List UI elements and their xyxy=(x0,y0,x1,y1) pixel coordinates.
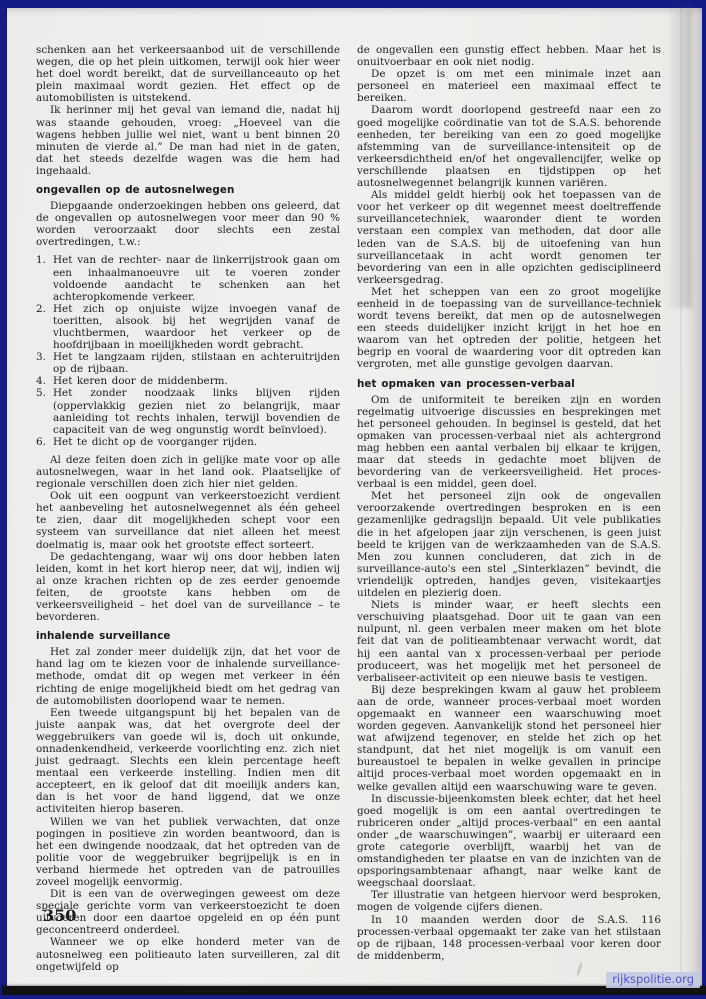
page-number: 350 xyxy=(43,906,76,925)
list-item-number: 3. xyxy=(36,351,46,363)
paragraph: Het zal zonder meer duidelijk zijn, dat … xyxy=(36,646,340,706)
paragraph: Diepgaande onderzoekingen hebben ons gel… xyxy=(36,200,340,248)
watermark-badge: rijkspolitie.org xyxy=(606,972,700,988)
list-item: 4. Het keren door de middenberm. xyxy=(36,375,340,387)
paragraph: In discussie-bijeenkomsten bleek echter,… xyxy=(357,793,661,890)
list-item: 1. Het van de rechter- naar de linkerrij… xyxy=(36,254,340,302)
list-item-number: 1. xyxy=(36,254,46,266)
section-heading-processen-verbaal: het opmaken van processen-verbaal xyxy=(357,378,661,390)
paragraph: Daarom wordt doorlopend gestreefd naar e… xyxy=(357,104,661,189)
paragraph: Niets is minder waar, er heeft slechts e… xyxy=(357,599,661,684)
paragraph: Ook uit een oogpunt van verkeerstoezicht… xyxy=(36,490,340,550)
list-item-number: 5. xyxy=(36,387,46,399)
paragraph: Met het scheppen van een zo groot mogeli… xyxy=(357,286,661,371)
left-column: schenken aan het verkeersaanbod uit de v… xyxy=(36,44,340,973)
paragraph: Bij deze besprekingen kwam al gauw het p… xyxy=(357,684,661,793)
list-item: 3. Het te langzaam rijden, stilstaan en … xyxy=(36,351,340,375)
right-column: de ongevallen een gunstig effect hebben.… xyxy=(357,44,661,973)
paragraph: De gedachtengang, waar wij ons door hebb… xyxy=(36,551,340,624)
list-item: 2. Het zich op onjuiste wijze invoegen v… xyxy=(36,303,340,351)
paragraph: Om de uniformiteit te bereiken zijn en w… xyxy=(357,394,661,491)
paragraph: Al deze feiten doen zich in gelijke mate… xyxy=(36,454,340,490)
list-item-text: Het te dicht op de voorganger rijden. xyxy=(53,436,257,448)
numbered-list-violations: 1. Het van de rechter- naar de linkerrij… xyxy=(36,254,340,448)
paragraph: Willen we van het publiek verwachten, da… xyxy=(36,816,340,889)
page-edge-bar xyxy=(2,986,706,995)
paragraph: Als middel geldt hierbij ook het toepass… xyxy=(357,189,661,286)
text-columns: schenken aan het verkeersaanbod uit de v… xyxy=(36,44,674,973)
list-item-number: 2. xyxy=(36,303,46,315)
paragraph: Wanneer we op elke honderd meter van de … xyxy=(36,936,340,972)
list-item-text: Het te langzaam rijden, stilstaan en ach… xyxy=(53,351,340,375)
paragraph: In 10 maanden werden door de S.A.S. 116 … xyxy=(357,914,661,962)
paragraph: Met het personeel zijn ook de ongevallen… xyxy=(357,490,661,599)
list-item-number: 4. xyxy=(36,375,46,387)
paper-page: schenken aan het verkeersaanbod uit de v… xyxy=(7,8,702,994)
list-item-text: Het zich op onjuiste wijze invoegen vana… xyxy=(53,303,340,351)
list-item-text: Het zonder noodzaak links blijven rijden… xyxy=(53,387,340,435)
paragraph: Ik herinner mij het geval van iemand die… xyxy=(36,104,340,177)
paragraph: schenken aan het verkeersaanbod uit de v… xyxy=(36,44,340,104)
list-item-number: 6. xyxy=(36,436,46,448)
section-heading-inhalende-surveillance: inhalende surveillance xyxy=(36,630,340,642)
scanned-book-page: { "page": { "number": "350" }, "watermar… xyxy=(0,0,706,999)
page-crease xyxy=(680,8,682,994)
list-item-text: Het keren door de middenberm. xyxy=(53,375,228,387)
paragraph: Dit is een van de overwegingen geweest o… xyxy=(36,888,340,936)
list-item-text: Het van de rechter- naar de linkerrijstr… xyxy=(53,254,340,302)
list-item: 5. Het zonder noodzaak links blijven rij… xyxy=(36,387,340,435)
paragraph: Ter illustratie van hetgeen hiervoor wer… xyxy=(357,889,661,913)
paragraph: Een tweede uitgangspunt bij het bepalen … xyxy=(36,707,340,816)
list-item: 6. Het te dicht op de voorganger rijden. xyxy=(36,436,340,448)
paragraph: De opzet is om met een minimale inzet aa… xyxy=(357,68,661,104)
paragraph: de ongevallen een gunstig effect hebben.… xyxy=(357,44,661,68)
section-heading-ongevallen: ongevallen op de autosnelwegen xyxy=(36,184,340,196)
